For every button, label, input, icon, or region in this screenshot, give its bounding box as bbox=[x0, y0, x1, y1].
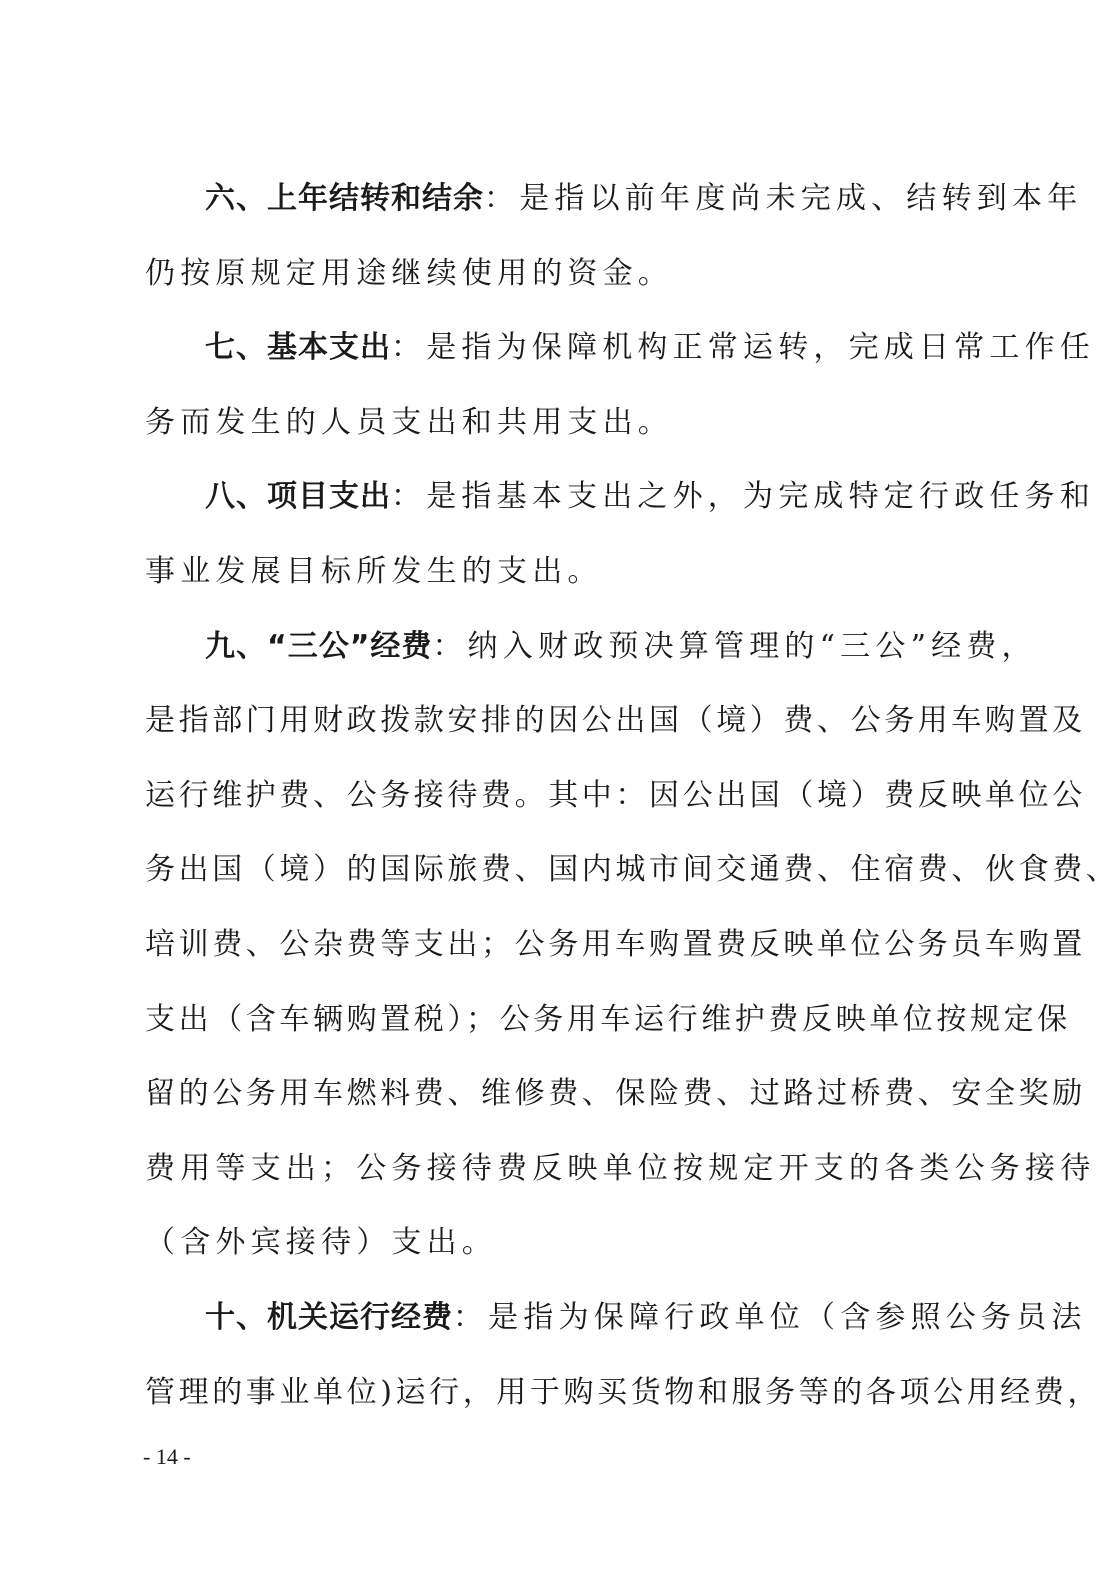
page-number: - 14 - bbox=[143, 1444, 191, 1470]
paragraph-text: 是指部门用财政拨款安排的因公出国（境）费、公务用车购置及 bbox=[145, 703, 1086, 738]
paragraph-line: 事业发展目标所发生的支出。 bbox=[145, 545, 967, 620]
paragraph-line: 费用等支出；公务接待费反映单位按规定开支的各类公务接待 bbox=[145, 1142, 967, 1217]
paragraph-text: 务出国（境）的国际旅费、国内城市间交通费、住宿费、伙食费、 bbox=[145, 852, 1110, 887]
paragraph-line: 八、项目支出：是指基本支出之外，为完成特定行政任务和 bbox=[145, 470, 967, 545]
paragraph-text: ：是指以前年度尚未完成、结转到本年 bbox=[484, 181, 1082, 216]
term-heading: 六、上年结转和结余 bbox=[205, 181, 484, 216]
term-heading: 十、机关运行经费 bbox=[205, 1300, 453, 1335]
term-heading: 七、基本支出 bbox=[205, 330, 391, 365]
paragraph-line: 务出国（境）的国际旅费、国内城市间交通费、住宿费、伙食费、 bbox=[145, 843, 967, 918]
paragraph-text: ：是指为保障机构正常运转，完成日常工作任 bbox=[391, 330, 1095, 365]
paragraph-text: 培训费、公杂费等支出；公务用车购置费反映单位公务员车购置 bbox=[145, 927, 1086, 962]
paragraph-text: 运行维护费、公务接待费。其中：因公出国（境）费反映单位公 bbox=[145, 778, 1086, 813]
paragraph-line: （含外宾接待）支出。 bbox=[145, 1216, 967, 1291]
document-body: 六、上年结转和结余：是指以前年度尚未完成、结转到本年 仍按原规定用途继续使用的资… bbox=[145, 172, 967, 1440]
term-heading: 八、项目支出 bbox=[205, 479, 391, 514]
paragraph-line: 务而发生的人员支出和共用支出。 bbox=[145, 396, 967, 471]
paragraph-line: 十、机关运行经费：是指为保障行政单位（含参照公务员法 bbox=[145, 1291, 967, 1366]
paragraph-text: 管理的事业单位)运行，用于购买货物和服务等的各项公用经费， bbox=[145, 1375, 1101, 1410]
paragraph-line: 培训费、公杂费等支出；公务用车购置费反映单位公务员车购置 bbox=[145, 918, 967, 993]
document-page: 六、上年结转和结余：是指以前年度尚未完成、结转到本年 仍按原规定用途继续使用的资… bbox=[0, 0, 1110, 1569]
paragraph-line: 运行维护费、公务接待费。其中：因公出国（境）费反映单位公 bbox=[145, 769, 967, 844]
paragraph-text: 务而发生的人员支出和共用支出。 bbox=[145, 405, 673, 440]
paragraph-line: 九、“三公”经费：纳入财政预决算管理的“三公”经费， bbox=[145, 620, 967, 695]
paragraph-text: （含外宾接待）支出。 bbox=[145, 1225, 497, 1260]
paragraph-text: ：纳入财政预决算管理的“三公”经费， bbox=[432, 629, 1036, 664]
paragraph-text: 事业发展目标所发生的支出。 bbox=[145, 554, 603, 589]
paragraph-line: 仍按原规定用途继续使用的资金。 bbox=[145, 247, 967, 322]
paragraph-text: 费用等支出；公务接待费反映单位按规定开支的各类公务接待 bbox=[145, 1151, 1095, 1186]
paragraph-text: 留的公务用车燃料费、维修费、保险费、过路过桥费、安全奖励 bbox=[145, 1076, 1086, 1111]
paragraph-text: ：是指基本支出之外，为完成特定行政任务和 bbox=[391, 479, 1095, 514]
term-heading: 九、“三公”经费 bbox=[205, 629, 432, 664]
paragraph-line: 是指部门用财政拨款安排的因公出国（境）费、公务用车购置及 bbox=[145, 694, 967, 769]
paragraph-text: 仍按原规定用途继续使用的资金。 bbox=[145, 256, 673, 291]
paragraph-line: 管理的事业单位)运行，用于购买货物和服务等的各项公用经费， bbox=[145, 1366, 967, 1441]
paragraph-text: 支出（含车辆购置税）；公务用车运行维护费反映单位按规定保 bbox=[145, 1002, 1071, 1037]
paragraph-line: 六、上年结转和结余：是指以前年度尚未完成、结转到本年 bbox=[145, 172, 967, 247]
paragraph-line: 留的公务用车燃料费、维修费、保险费、过路过桥费、安全奖励 bbox=[145, 1067, 967, 1142]
paragraph-text: ：是指为保障行政单位（含参照公务员法 bbox=[453, 1300, 1087, 1335]
paragraph-line: 支出（含车辆购置税）；公务用车运行维护费反映单位按规定保 bbox=[145, 993, 967, 1068]
paragraph-line: 七、基本支出：是指为保障机构正常运转，完成日常工作任 bbox=[145, 321, 967, 396]
